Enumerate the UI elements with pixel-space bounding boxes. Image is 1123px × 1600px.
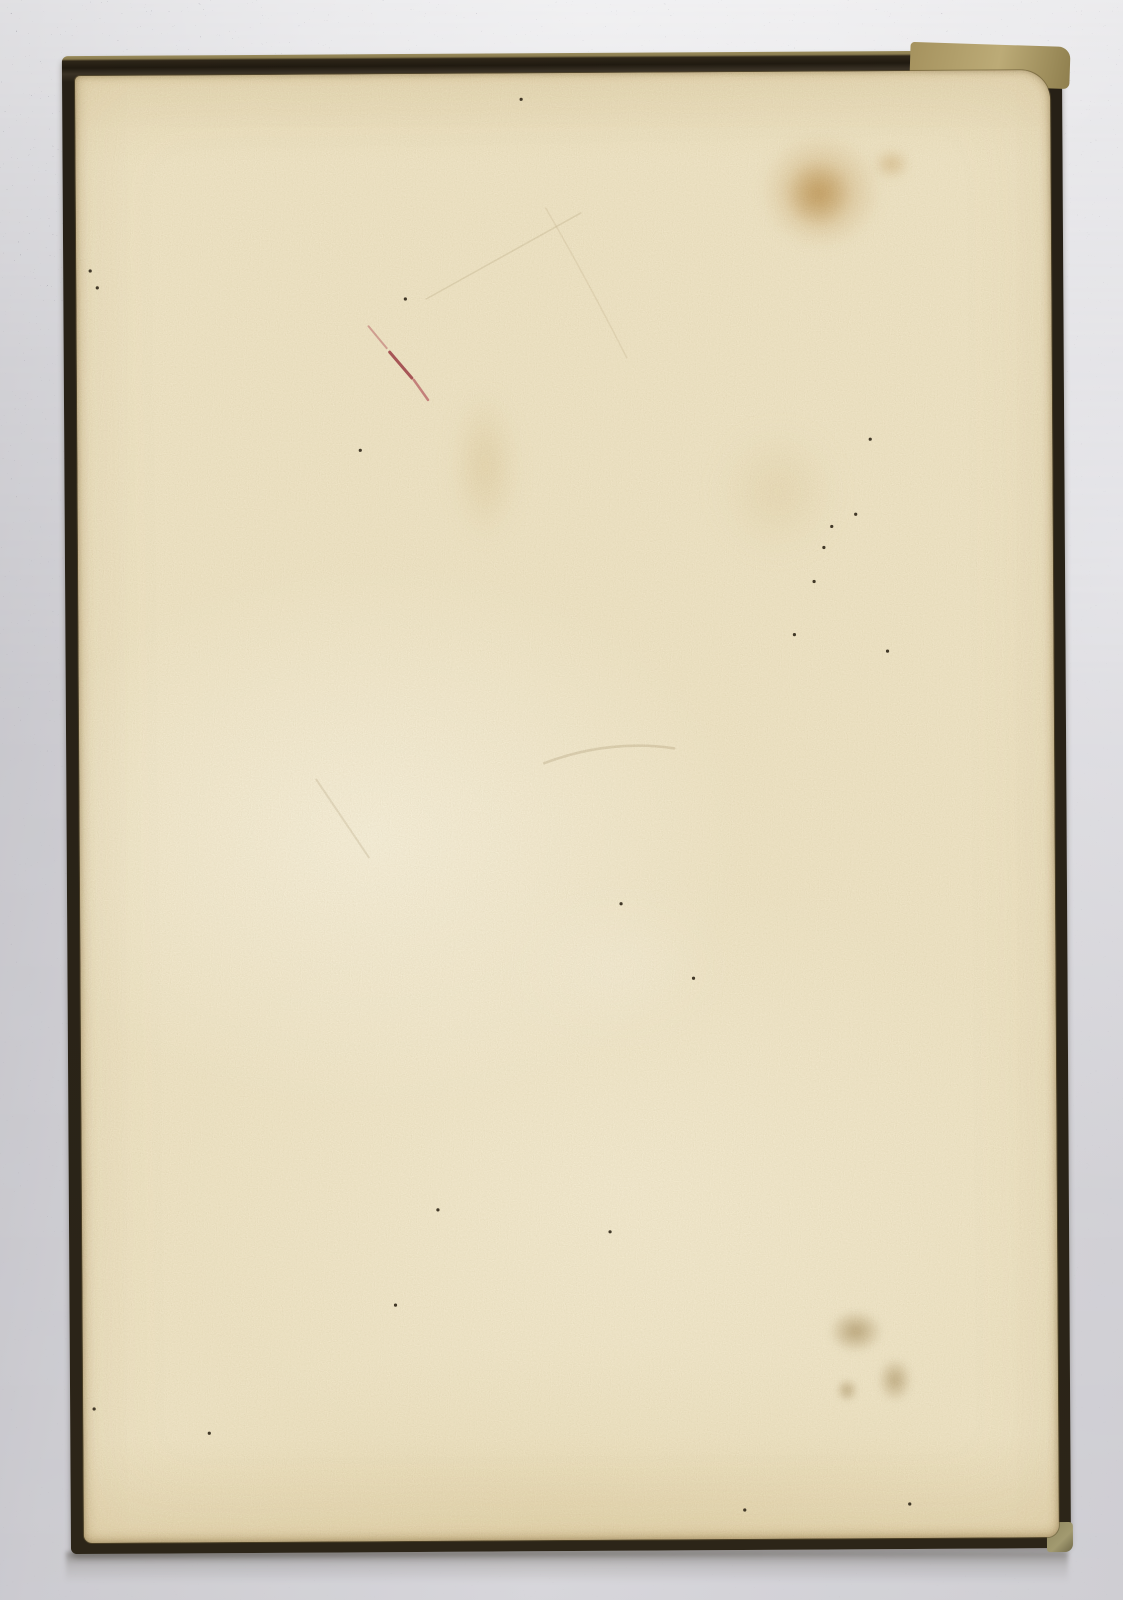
photo-scene <box>0 0 1123 1600</box>
faint-scratch-b <box>546 208 627 358</box>
stain-top-right-lobe <box>865 143 917 185</box>
stain-bottom-right-b <box>871 1349 919 1411</box>
cast-shadow <box>66 1552 1068 1582</box>
book <box>62 50 1071 1554</box>
stain-top-right-main <box>735 111 906 272</box>
marks-layer <box>75 70 1059 1543</box>
stain-top-right-core <box>770 146 866 242</box>
faint-curve-mark <box>544 745 674 763</box>
stain-mid-right-faint <box>692 401 863 582</box>
page <box>75 70 1059 1543</box>
red-streak-c <box>414 380 428 400</box>
faint-diagonal <box>316 779 368 857</box>
stain-mid-left-faint <box>437 358 533 574</box>
paper-grain <box>75 70 1059 1543</box>
stain-bottom-right-a <box>818 1301 894 1361</box>
red-streak-b <box>390 352 412 378</box>
red-streak-a <box>369 326 387 348</box>
stain-bottom-right-c <box>831 1373 863 1407</box>
faint-scratch-a <box>426 213 582 299</box>
sheen-center-light <box>480 882 751 1054</box>
